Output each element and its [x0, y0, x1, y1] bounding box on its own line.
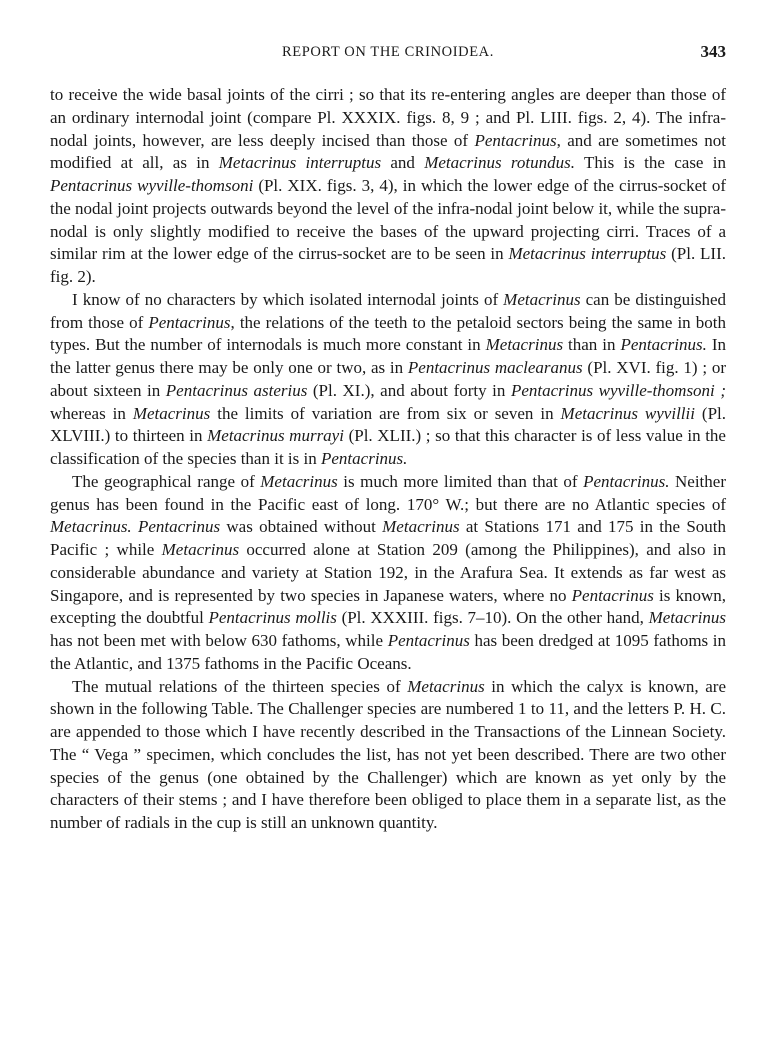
italic-taxon-text: Metacrinus [486, 335, 563, 354]
italic-taxon-text: Metacrinus [162, 540, 239, 559]
italic-taxon-text: Metacrinus rotundus. [424, 153, 575, 172]
page-number: 343 [701, 42, 727, 62]
paragraph: I know of no characters by which isolate… [50, 289, 726, 471]
italic-taxon-text: Metacrinus [649, 608, 726, 627]
text-run: was obtained without [220, 517, 382, 536]
italic-taxon-text: Metacrinus interruptus [219, 153, 381, 172]
paragraph: to receive the wide basal joints of the … [50, 84, 726, 289]
italic-taxon-text: Metacrinus interruptus [508, 244, 666, 263]
italic-taxon-text: Pentacrinus maclearanus [408, 358, 583, 377]
italic-taxon-text: Pentacrinus. [583, 472, 669, 491]
italic-taxon-text: Metacrinus murrayi [207, 426, 344, 445]
text-run: I know of no characters by which isolate… [72, 290, 503, 309]
italic-taxon-text: Metacrinus [260, 472, 337, 491]
text-run: The geographical range of [72, 472, 260, 491]
running-header: REPORT ON THE CRINOIDEA. 343 [50, 42, 726, 62]
text-run: has not been met with below 630 fathoms,… [50, 631, 388, 650]
text-run: (Pl. XXXIII. figs. 7–10). On the other h… [337, 608, 649, 627]
italic-taxon-text: Pentacrinus mollis [209, 608, 337, 627]
text-run: whereas in [50, 404, 133, 423]
italic-taxon-text: Metacrinus wyvillii [561, 404, 695, 423]
italic-taxon-text: Metacrinus [382, 517, 459, 536]
italic-taxon-text: Pentacrinus [474, 131, 556, 150]
text-run: and [381, 153, 424, 172]
text-run: than in [563, 335, 620, 354]
italic-taxon-text: Metacrinus [407, 677, 484, 696]
text-run: in which the calyx is known, are shown i… [50, 677, 726, 833]
paragraph: The mutual relations of the thirteen spe… [50, 676, 726, 835]
text-run: is much more limited than that of [338, 472, 583, 491]
italic-taxon-text: Metacrinus [503, 290, 580, 309]
italic-taxon-text: Pentacrinus wyville-thomsoni ; [511, 381, 726, 400]
italic-taxon-text: Pentacrinus. [620, 335, 706, 354]
italic-taxon-text: Metacrinus. [50, 517, 132, 536]
italic-taxon-text: Pentacrinus [148, 313, 230, 332]
body-text: to receive the wide basal joints of the … [50, 84, 726, 835]
italic-taxon-text: Metacrinus [133, 404, 210, 423]
text-run: The mutual relations of the thirteen spe… [72, 677, 407, 696]
text-run: This is the case in [575, 153, 726, 172]
text-run: (Pl. XI.), and about forty in [307, 381, 511, 400]
italic-taxon-text: Pentacrinus [572, 586, 654, 605]
running-title: REPORT ON THE CRINOIDEA. [50, 44, 726, 61]
italic-taxon-text: Pentacrinus [388, 631, 470, 650]
paragraph: The geographical range of Metacrinus is … [50, 471, 726, 676]
italic-taxon-text: Pentacrinus. [321, 449, 407, 468]
italic-taxon-text: Pentacrinus asterius [166, 381, 308, 400]
text-run: the limits of variation are from six or … [210, 404, 560, 423]
italic-taxon-text: Pentacrinus [138, 517, 220, 536]
italic-taxon-text: Pentacrinus wyville-thomsoni [50, 176, 253, 195]
